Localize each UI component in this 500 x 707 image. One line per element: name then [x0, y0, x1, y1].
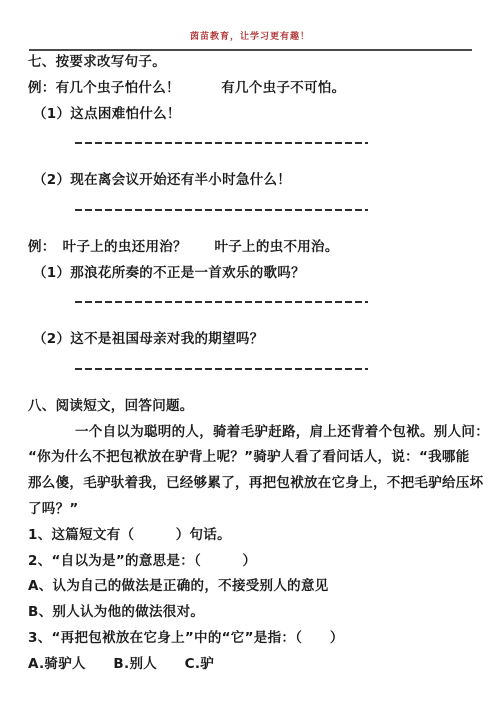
- dashed-answer-line: [75, 209, 368, 211]
- dashed-answer-line: [75, 142, 368, 144]
- document-line: （2）这不是祖国母亲对我的期望吗？: [33, 327, 482, 353]
- document-body: 七、按要求改写句子。例：有几个虫子怕什么！ 有几个虫子不可怕。（1）这点困难怕什…: [28, 50, 482, 678]
- brand-watermark-text: 茵苗教育，让学习更有趣！: [0, 29, 500, 42]
- dashed-answer-line: [75, 301, 368, 303]
- document-line: 3、“再把包袱放在它身上”中的“它”是指：（ ）: [28, 626, 482, 652]
- document-line: 那么傻，毛驴驮着我，已经够累了，再把包袱放在它身上，不把毛驴给压坏: [28, 471, 482, 497]
- document-line: 了吗？”: [28, 497, 482, 523]
- document-line: （2）现在离会议开始还有半小时急什么！: [33, 168, 482, 194]
- document-line: 七、按要求改写句子。: [28, 50, 482, 76]
- document-line: 八、阅读短文，回答问题。: [28, 394, 482, 420]
- document-line: 1、这篇短文有（ ）句话。: [28, 523, 482, 549]
- answer-blank-row: [28, 142, 482, 168]
- document-line: 例： 叶子上的虫还用治？ 叶子上的虫不用治。: [28, 235, 482, 261]
- dashed-answer-line: [75, 368, 368, 370]
- document-line: 一个自以为聪明的人，骑着毛驴赶路，肩上还背着个包袱。别人问：: [75, 420, 482, 446]
- answer-blank-row: [28, 368, 482, 394]
- document-line: A.骑驴人 B.别人 C.驴: [28, 652, 482, 678]
- worksheet-page: 茵苗教育，让学习更有趣！ 七、按要求改写句子。例：有几个虫子怕什么！ 有几个虫子…: [0, 0, 500, 707]
- answer-blank-row: [28, 209, 482, 235]
- document-line: （1）这点困难怕什么！: [33, 102, 482, 128]
- document-line: A、认为自己的做法是正确的，不接受别人的意见: [28, 574, 482, 600]
- document-line: 2、“自以为是”的意思是：（ ）: [28, 549, 482, 575]
- document-line: “你为什么不把包袱放在驴背上呢？”骑驴人看了看问话人，说：“我哪能: [28, 445, 482, 471]
- document-line: B、别人认为他的做法很对。: [28, 600, 482, 626]
- answer-blank-row: [28, 301, 482, 327]
- document-line: 例：有几个虫子怕什么！ 有几个虫子不可怕。: [28, 76, 482, 102]
- document-line: （1）那浪花所奏的不正是一首欢乐的歌吗？: [33, 261, 482, 287]
